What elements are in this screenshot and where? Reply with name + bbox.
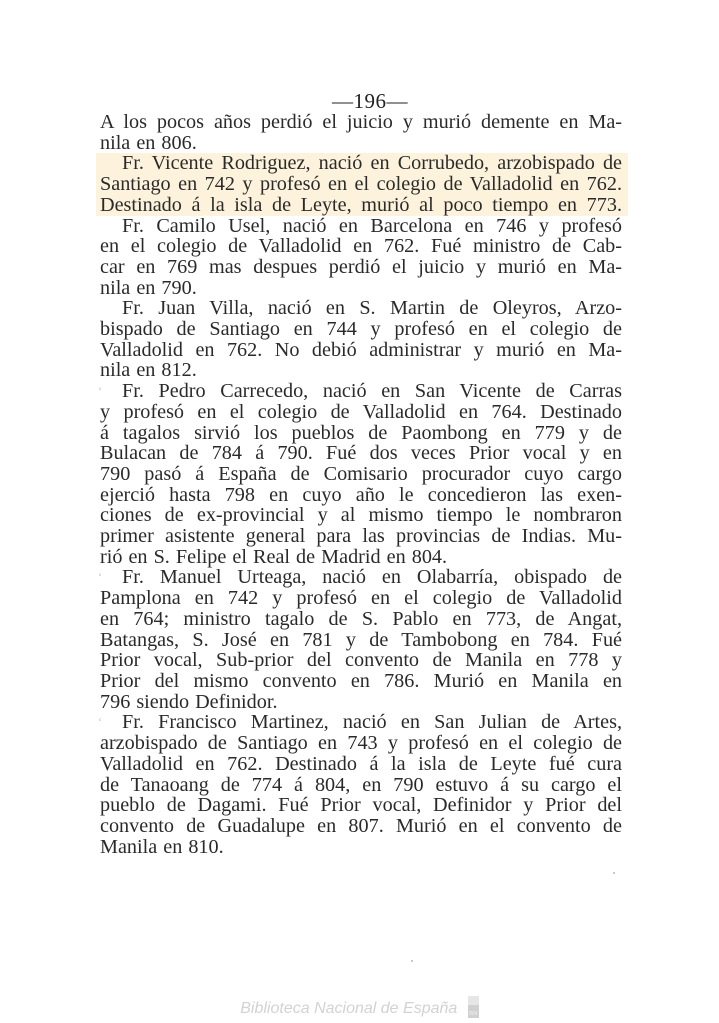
paragraph-vicente-rodriguez-highlighted: Fr. Vicente Rodriguez, nació en Corrubed… xyxy=(96,153,628,215)
text-line: rió en S. Felipe el Real de Madrid en 80… xyxy=(100,547,622,568)
text-line: Fr. Vicente Rodriguez, nació en Corrubed… xyxy=(100,153,622,174)
text-line: convento de Guadalupe en 807. Murió en e… xyxy=(100,816,622,837)
text-line: car en 769 mas despues perdió el juicio … xyxy=(100,257,622,278)
text-line: y profesó en el colegio de Valladolid en… xyxy=(100,402,622,423)
text-line: Manila en 810. xyxy=(100,837,622,858)
text-line: en 764; ministro tagalo de S. Pablo en 7… xyxy=(100,609,622,630)
text-line: Valladolid en 762. Destinado á la isla d… xyxy=(100,754,622,775)
margin-pencil-mark: ʻ xyxy=(98,381,102,402)
text-line: á tagalos sirvió los pueblos de Paombong… xyxy=(100,423,622,444)
text-line: Batangas, S. José en 781 y de Tambobong … xyxy=(100,630,622,651)
text-line: Bulacan de 784 á 790. Fué dos veces Prio… xyxy=(100,443,622,464)
margin-pencil-mark: ʻ xyxy=(98,712,102,733)
text-line: arzobispado de Santiago en 743 y profesó… xyxy=(100,733,622,754)
document-page: —196— A los pocos años perdió el juicio … xyxy=(100,90,622,857)
paragraph-francisco-martinez: ʻ Fr. Francisco Martinez, nació en San J… xyxy=(100,712,622,857)
text-line: Fr. Juan Villa, nació en S. Martin de Ol… xyxy=(100,298,622,319)
text-line: Prior del mismo convento en 786. Murió e… xyxy=(100,671,622,692)
paragraph-continuation: A los pocos años perdió el juicio y muri… xyxy=(100,112,622,153)
text-line: bispado de Santiago en 744 y profesó en … xyxy=(100,319,622,340)
margin-pencil-mark: ʻ xyxy=(98,567,102,588)
paragraph-juan-villa: Fr. Juan Villa, nació en S. Martin de Ol… xyxy=(100,298,622,381)
text-line: Destinado á la isla de Leyte, murió al p… xyxy=(100,195,622,216)
scan-speck xyxy=(411,960,413,962)
text-line: nila en 812. xyxy=(100,360,622,381)
text-line: nila en 790. xyxy=(100,278,622,299)
library-watermark: Biblioteca Nacional de España BN xyxy=(0,996,719,1018)
paragraph-camilo-usel: Fr. Camilo Usel, nació en Barcelona en 7… xyxy=(100,216,622,299)
text-line: de Tanaoang de 774 á 804, en 790 estuvo … xyxy=(100,775,622,796)
paragraph-pedro-carrecedo: ʻ Fr. Pedro Carrecedo, nació en San Vice… xyxy=(100,381,622,567)
text-line: A los pocos años perdió el juicio y muri… xyxy=(100,112,622,133)
scan-speck xyxy=(613,872,615,874)
text-line: ciones de ex-provincial y al mismo tiemp… xyxy=(100,505,622,526)
text-line: Santiago en 742 y profesó en el colegio … xyxy=(100,174,622,195)
text-line: 790 pasó á España de Comisario procurado… xyxy=(100,464,622,485)
text-line: Prior vocal, Sub-prior del convento de M… xyxy=(100,650,622,671)
text-line: primer asistente general para las provin… xyxy=(100,526,622,547)
text-line: Fr. Manuel Urteaga, nació en Olabarría, … xyxy=(100,567,622,588)
text-line: Fr. Pedro Carrecedo, nació en San Vicent… xyxy=(100,381,622,402)
watermark-text: Biblioteca Nacional de España xyxy=(240,1000,457,1017)
text-line: Fr. Francisco Martinez, nació en San Jul… xyxy=(100,712,622,733)
text-line: 796 siendo Definidor. xyxy=(100,692,622,713)
text-line: Fr. Camilo Usel, nació en Barcelona en 7… xyxy=(100,216,622,237)
text-line: nila en 806. xyxy=(100,133,622,154)
text-line: Valladolid en 762. No debió administrar … xyxy=(100,340,622,361)
paragraph-manuel-urteaga: ʻ Fr. Manuel Urteaga, nació en Olabarría… xyxy=(100,567,622,712)
text-line: ejerció hasta 798 en cuyo año le concedi… xyxy=(100,485,622,506)
text-line: pueblo de Dagami. Fué Prior vocal, Defin… xyxy=(100,795,622,816)
page-number: —196— xyxy=(118,90,622,112)
text-line: en el colegio de Valladolid en 762. Fué … xyxy=(100,236,622,257)
bne-logo-icon: BN xyxy=(468,996,479,1018)
text-line: Pamplona en 742 y profesó en el colegio … xyxy=(100,588,622,609)
